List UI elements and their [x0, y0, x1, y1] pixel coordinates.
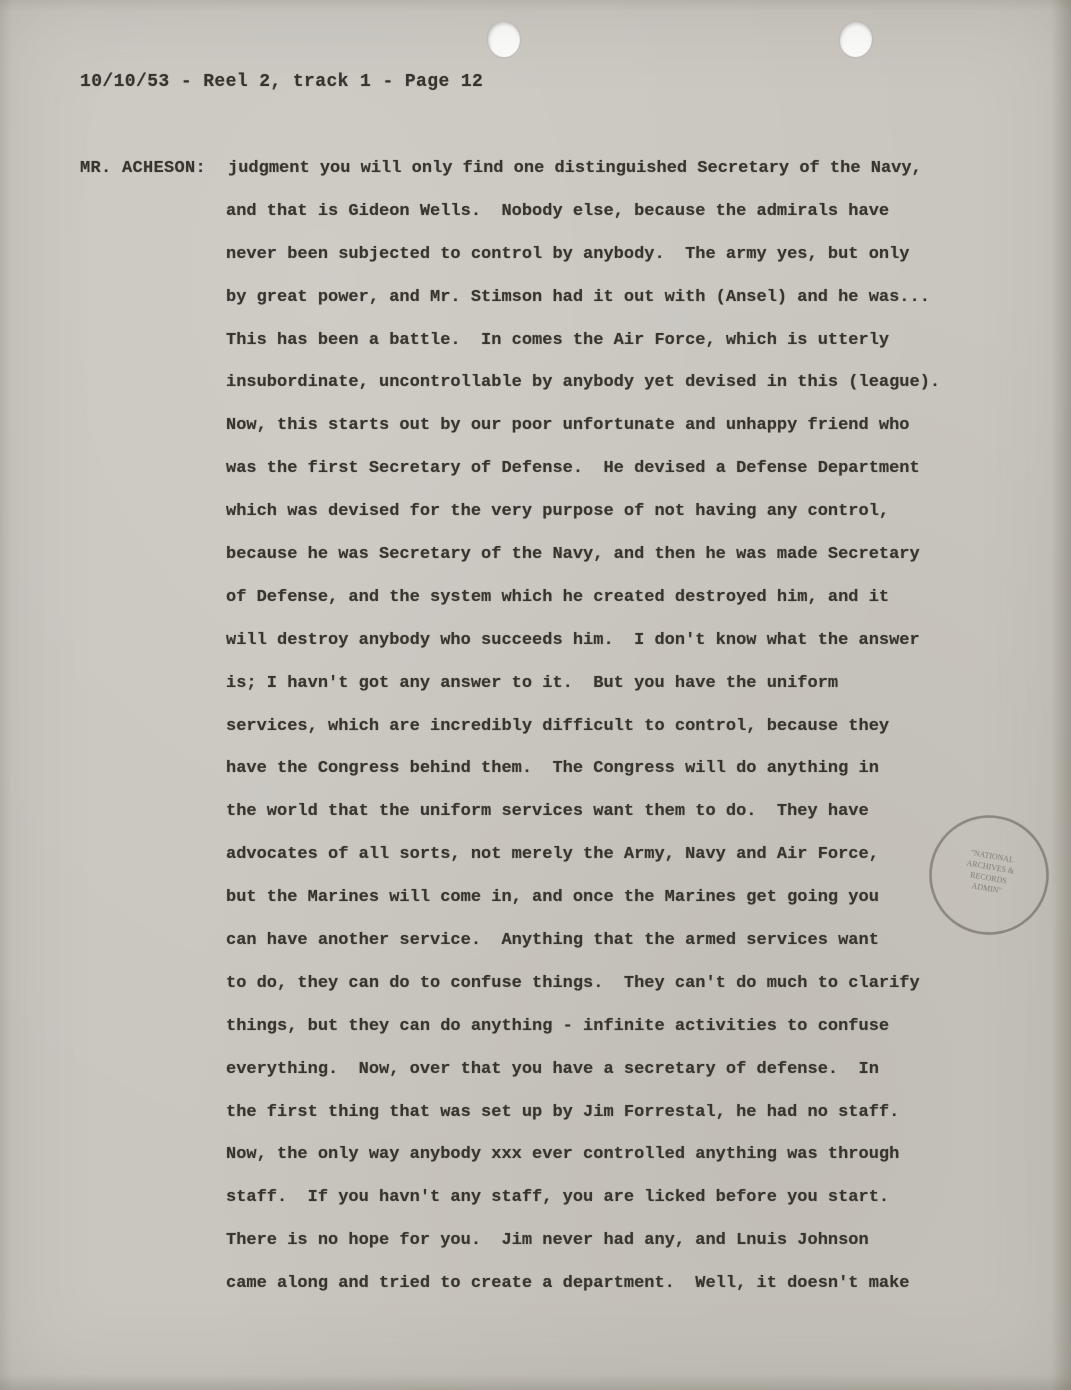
transcript-line: to do, they can do to confuse things. Th… [80, 963, 1041, 1006]
transcript-line: is; I havn't got any answer to it. But y… [80, 663, 1041, 706]
hole-punch-right [836, 19, 876, 61]
page-header: 10/10/53 - Reel 2, track 1 - Page 12 [80, 72, 483, 92]
transcript-line: of Defense, and the system which he crea… [80, 577, 1041, 620]
speaker-label: MR. ACHESON: [80, 159, 206, 178]
transcript-line: can have another service. Anything that … [80, 920, 1041, 963]
transcript-line: was the first Secretary of Defense. He d… [80, 448, 1041, 491]
transcript-line: the first thing that was set up by Jim F… [80, 1092, 1041, 1135]
transcript-line-text: judgment you will only find one distingu… [228, 159, 922, 178]
transcript-line: things, but they can do anything - infin… [80, 1006, 1041, 1049]
transcript-line: staff. If you havn't any staff, you are … [80, 1177, 1041, 1220]
transcript-line: There is no hope for you. Jim never had … [80, 1220, 1041, 1263]
transcript-line: by great power, and Mr. Stimson had it o… [80, 277, 1041, 320]
transcript-line: the world that the uniform services want… [80, 791, 1041, 834]
archive-stamp-graphic: HARRY S TRUMAN LIBRARY U.S. GOVERNMENT "… [914, 800, 1065, 951]
transcript-line: but the Marines will come in, and once t… [80, 877, 1041, 920]
hole-punch-left [488, 22, 520, 57]
scanned-transcript-page: 10/10/53 - Reel 2, track 1 - Page 12 MR.… [0, 0, 1071, 1390]
transcript-line: have the Congress behind them. The Congr… [80, 748, 1041, 791]
transcript-line: never been subjected to control by anybo… [80, 234, 1041, 277]
transcript-body: MR. ACHESON:judgment you will only find … [80, 148, 1041, 1306]
transcript-line: Now, this starts out by our poor unfortu… [80, 405, 1041, 448]
transcript-line: everything. Now, over that you have a se… [80, 1049, 1041, 1092]
transcript-line: which was devised for the very purpose o… [80, 491, 1041, 534]
transcript-line: This has been a battle. In comes the Air… [80, 320, 1041, 363]
transcript-line: will destroy anybody who succeeds him. I… [80, 620, 1041, 663]
archive-stamp: HARRY S TRUMAN LIBRARY U.S. GOVERNMENT "… [914, 800, 1065, 951]
transcript-line: because he was Secretary of the Navy, an… [80, 534, 1041, 577]
transcript-line: came along and tried to create a departm… [80, 1263, 1041, 1306]
transcript-line: insubordinate, uncontrollable by anybody… [80, 362, 1041, 405]
transcript-line: and that is Gideon Wells. Nobody else, b… [80, 191, 1041, 234]
transcript-line: advocates of all sorts, not merely the A… [80, 834, 1041, 877]
transcript-line: MR. ACHESON:judgment you will only find … [80, 148, 1041, 191]
transcript-line: services, which are incredibly difficult… [80, 706, 1041, 749]
transcript-line: Now, the only way anybody xxx ever contr… [80, 1134, 1041, 1177]
